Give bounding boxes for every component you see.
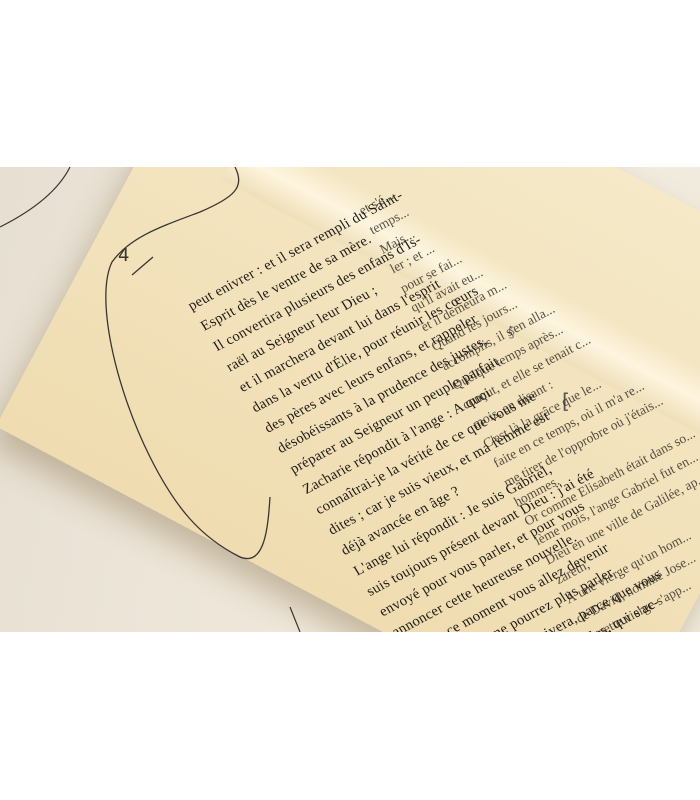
book-photograph: 4 § [ et s'é... temps... Mais... ler ; e… xyxy=(0,167,700,632)
margin-page-number: 4 xyxy=(118,245,129,266)
